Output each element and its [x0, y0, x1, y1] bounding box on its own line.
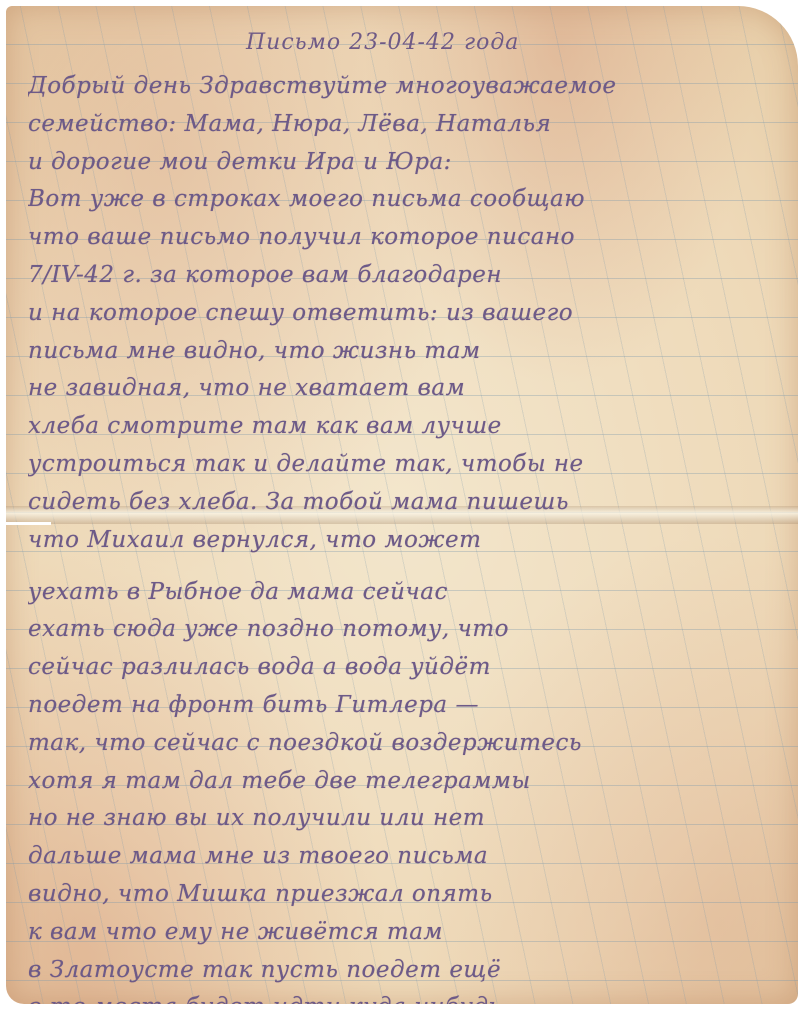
letter-line: видно, что Мишка приезжал опять [28, 876, 798, 914]
letter-line: Добрый день Здравствуйте многоуважаемое [28, 68, 798, 106]
letter-title: Письмо 23-04-42 года [246, 30, 626, 55]
letter-line: сидеть без хлеба. За тобой мама пишешь [28, 484, 798, 522]
letter-line: сейчас разлилась вода а вода уйдёт [28, 649, 798, 687]
letter-line: что ваше письмо получил которое писано [28, 219, 798, 257]
letter-line: хлеба смотрите там как вам лучше [28, 408, 798, 446]
letter-paper: Письмо 23-04-42 года Добрый день Здравст… [6, 6, 798, 1004]
letter-line: хотя я там дал тебе две телеграммы [28, 763, 798, 801]
letter-line: 7/IV-42 г. за которое вам благодарен [28, 257, 798, 295]
letter-line: в Златоусте так пусть поедет ещё [28, 952, 798, 990]
letter-line: уехать в Рыбное да мама сейчас [28, 574, 798, 612]
letter-line: и дорогие мои детки Ира и Юра: [28, 144, 798, 182]
letter-line: что Михаил вернулся, что может [28, 522, 798, 574]
letter-line: семейство: Мама, Нюра, Лёва, Наталья [28, 106, 798, 144]
letter-line: Вот уже в строках моего письма сообщаю [28, 181, 798, 219]
letter-line: и на которое спешу ответить: из вашего [28, 295, 798, 333]
letter-line: письма мне видно, что жизнь там [28, 333, 798, 371]
letter-body: Добрый день Здравствуйте многоуважаемое … [28, 68, 798, 1004]
letter-line: так, что сейчас с поездкой воздержитесь [28, 725, 798, 763]
letter-line: к вам что ему не живётся там [28, 914, 798, 952]
letter-line: дальше мама мне из твоего письма [28, 838, 798, 876]
letter-line: но не знаю вы их получили или нет [28, 800, 798, 838]
letter-line: поедет на фронт бить Гитлера — [28, 687, 798, 725]
letter-line: не завидная, что не хватает вам [28, 370, 798, 408]
letter-line: ехать сюда уже поздно потому, что [28, 611, 798, 649]
letter-line: в те места будет идти куда нибудь [28, 989, 798, 1004]
letter-line: устроиться так и делайте так, чтобы не [28, 446, 798, 484]
